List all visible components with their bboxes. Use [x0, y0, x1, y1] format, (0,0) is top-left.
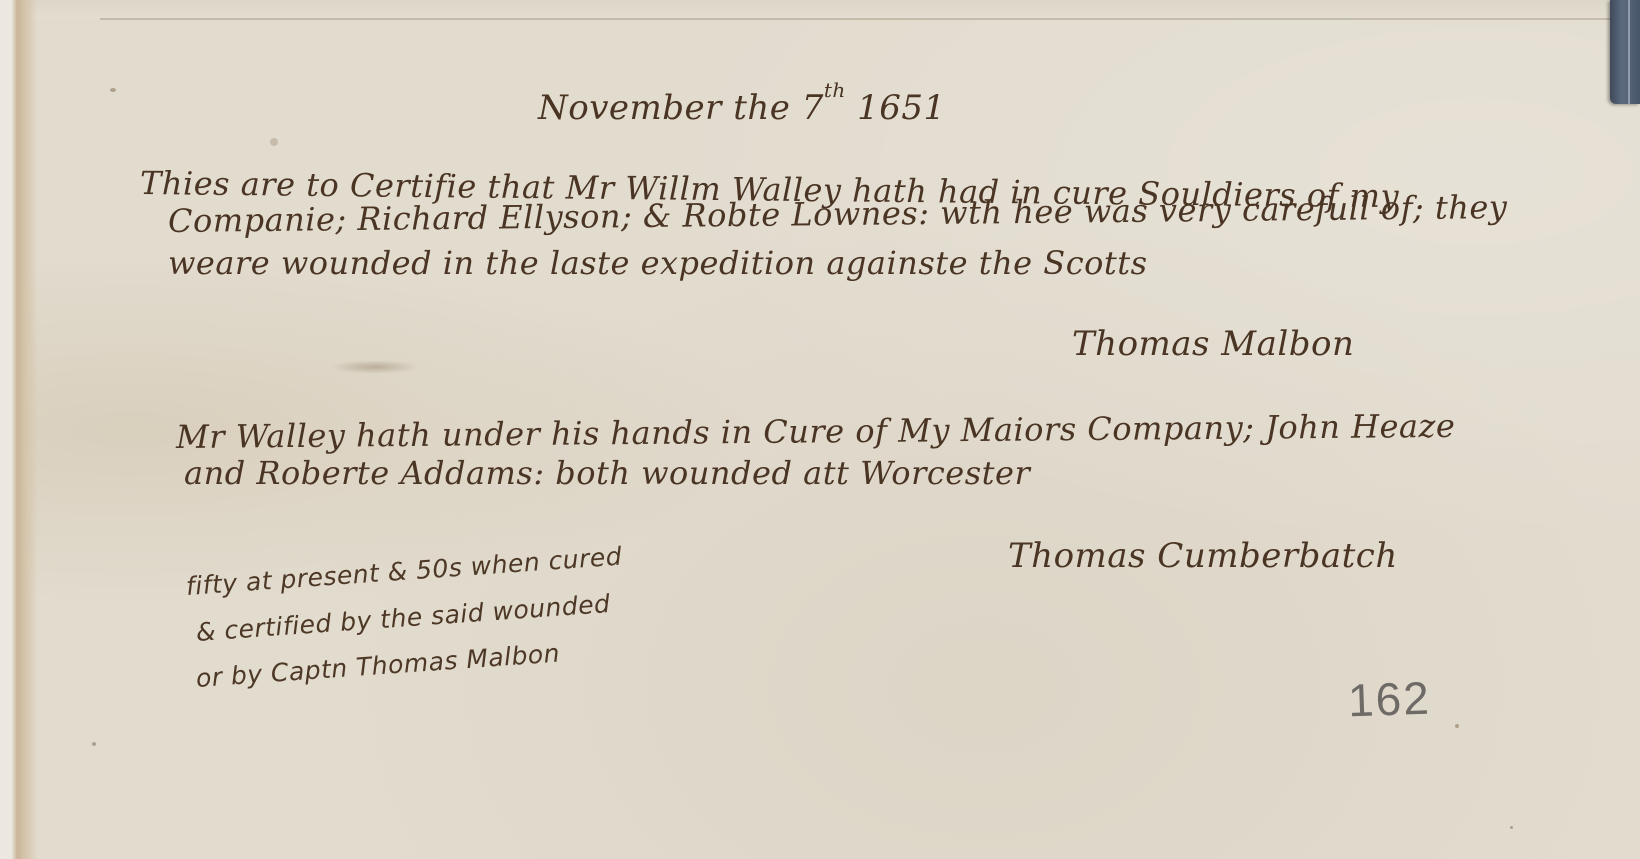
- signature-cumberbatch: Thomas Cumberbatch: [1008, 536, 1398, 576]
- statement-line-2: and Roberte Addams: both wounded att Wor…: [184, 454, 1030, 492]
- ink-speck: [92, 742, 96, 746]
- ink-speck: [110, 88, 116, 92]
- ink-speck: [1455, 724, 1459, 728]
- statement-line-1: Mr Walley hath under his hands in Cure o…: [176, 407, 1456, 456]
- top-paper-strip: [0, 0, 1640, 18]
- archive-tab: [1610, 0, 1640, 104]
- fold-line: [100, 18, 1640, 20]
- annotation-line-3: or by Captn Thomas Malbon: [195, 639, 561, 693]
- manuscript-page: November the 7th 1651 Thies are to Certi…: [0, 0, 1640, 859]
- certificate-line-3: weare wounded in the laste expedition ag…: [168, 244, 1148, 282]
- date-year: 1651: [857, 88, 946, 128]
- ink-speck: [1510, 826, 1513, 829]
- date-text: November the 7: [538, 88, 824, 128]
- worn-left-edge: [0, 0, 38, 859]
- ink-stain: [330, 360, 420, 374]
- signature-malbon: Thomas Malbon: [1072, 324, 1354, 364]
- date-line: November the 7th 1651: [538, 78, 946, 128]
- folio-number: 162: [1347, 671, 1432, 728]
- ink-speck: [270, 138, 278, 146]
- date-ordinal: th: [824, 78, 846, 102]
